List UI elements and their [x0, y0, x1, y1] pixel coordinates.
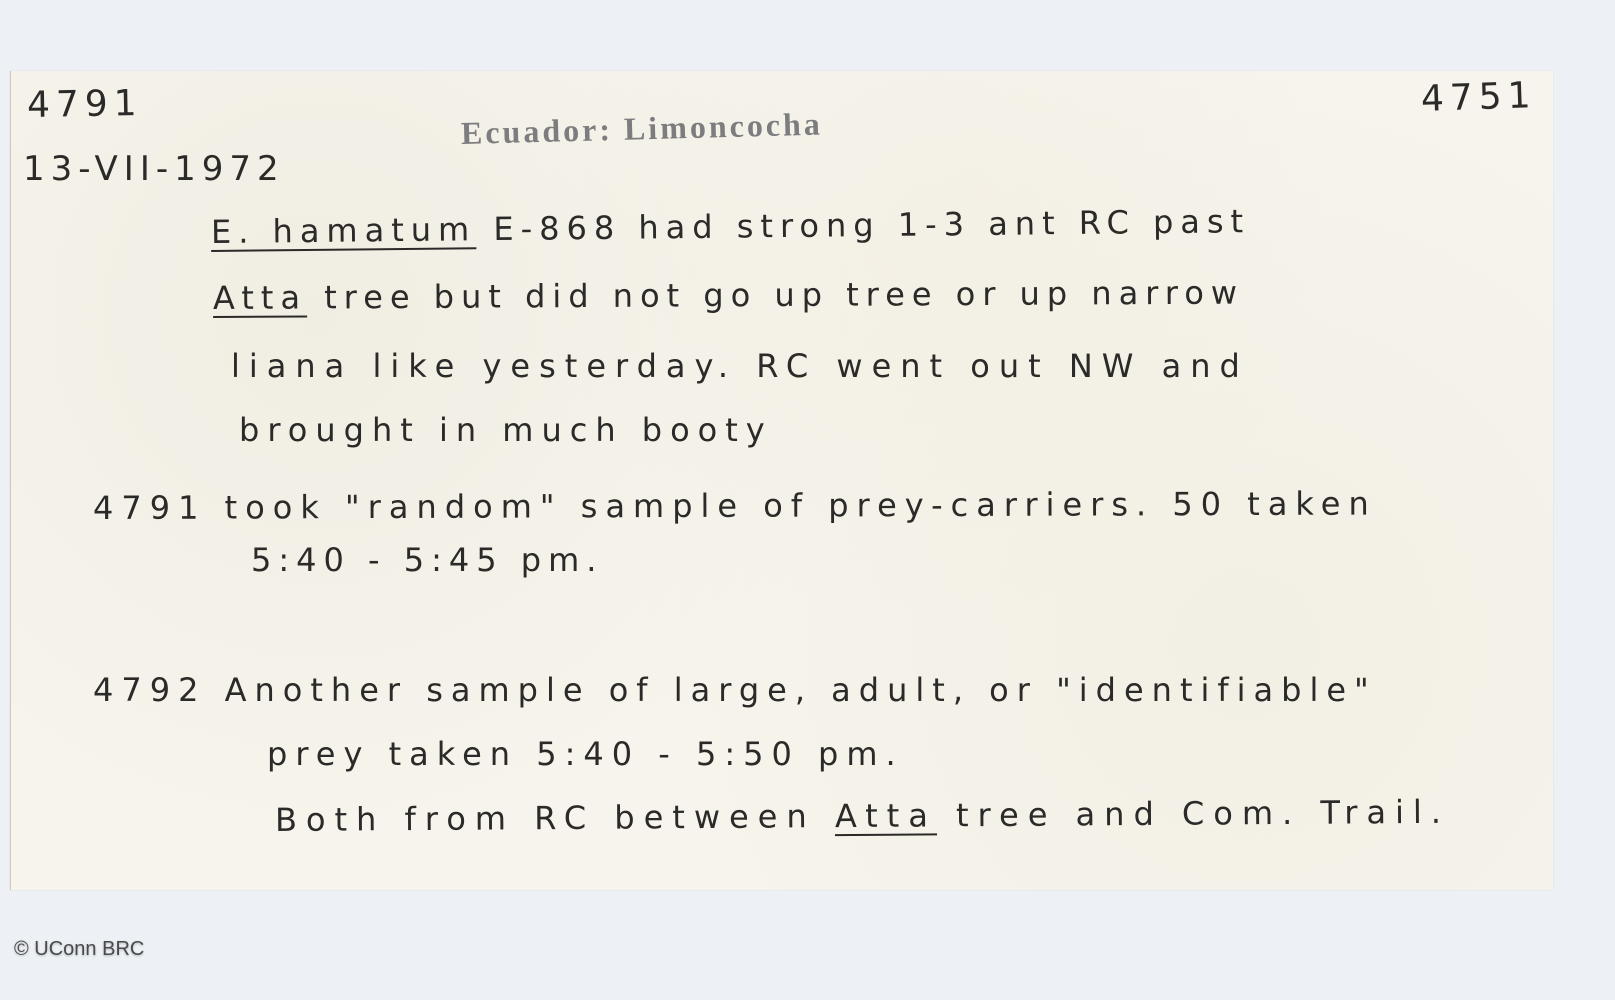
genus-name: Atta [213, 279, 307, 317]
catalog-number: 4791 [93, 489, 207, 527]
note-line: 4792 Another sample of large, adult, or … [93, 671, 1377, 709]
locality-stamp: Ecuador: Limoncocha [461, 106, 824, 152]
note-line: brought in much booty [239, 411, 773, 449]
catalog-number: 4792 [93, 671, 206, 709]
species-name: E. hamatum [211, 210, 477, 251]
note-line: liana like yesterday. RC went out NW and [231, 347, 1249, 385]
copyright-notice: © UConn BRC [14, 938, 144, 961]
catalog-number-right: 4751 [1420, 75, 1537, 120]
note-text: tree and Com. Trail. [937, 793, 1450, 835]
note-text: E-868 had strong 1-3 ant RC past [476, 202, 1250, 248]
note-text: took "random" sample of prey-carriers. 5… [225, 485, 1377, 527]
note-text: Another sample of large, adult, or "iden… [225, 671, 1377, 709]
specimen-field-note-card: 4791 13-VII-1972 4751 Ecuador: Limoncoch… [10, 71, 1553, 890]
note-text: tree but did not go up tree or up narrow [307, 274, 1244, 317]
note-line: Both from RC between Atta tree and Com. … [275, 793, 1450, 839]
note-line: prey taken 5:40 - 5:50 pm. [267, 735, 904, 773]
note-line: Atta tree but did not go up tree or up n… [213, 274, 1244, 317]
note-line: 5:40 - 5:45 pm. [251, 541, 603, 579]
note-line: 4791 took "random" sample of prey-carrie… [93, 485, 1377, 527]
note-line: E. hamatum E-868 had strong 1-3 ant RC p… [211, 202, 1250, 251]
note-text: Both from RC between [275, 797, 835, 839]
catalog-number-left: 4791 [27, 83, 143, 126]
collection-date: 13-VII-1972 [23, 149, 285, 189]
genus-name: Atta [835, 796, 937, 835]
